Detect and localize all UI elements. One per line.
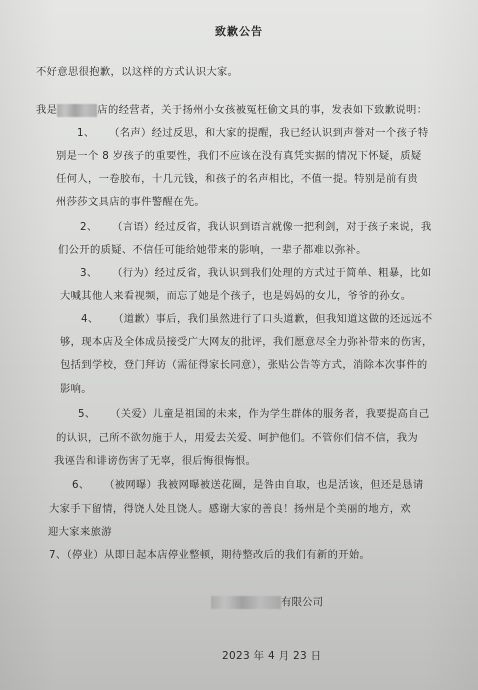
item-1-first-line: 1、 （名声）经过反思，和大家的提醒，我已经认识到声誉对一个孩子特 [77,124,428,139]
item-number: 5、 [78,408,96,420]
item-label: （道歉） [113,313,156,325]
item-3-first-line: 3、 （行为）经过反省，我认识到我们处理的方式过于简单、粗暴，比如 [80,264,431,279]
item-6-first-line: 6、 （被网曝）我被网曝被送花圈，是咎由自取，也是活该，但还是恳请 [72,476,423,491]
item-4-line: 包括到学校，登门拜访（需征得家长同意），张贴公告等方式，消除本次事件的 [60,356,428,371]
item-5-first-line: 5、 （关爱）儿童是祖国的未来，作为学生群体的服务者，我要提高自己 [78,405,429,420]
document-date: 2023 年 4 月 23 日 [222,648,321,663]
item-number: 6、 [72,479,90,491]
apology-notice-document: 致歉公告 不好意思很抱歉，以这样的方式认识大家。 我是店的经营者，关于扬州小女孩… [0,0,478,690]
item-7-line: 7、（停业）从即日起本店停业整顿，期待整改后的我们有新的开始。 [49,546,370,561]
redacted-company-name [211,596,281,609]
item-1-line: 任何人，一卷胶布，十几元钱，和孩子的名声相比，不值一提。特别是前有贵 [56,170,418,185]
item-4-first-line: 4、 （道歉）事后，我们虽然进行了口头道歉，但我知道这做的还远远不 [81,310,432,325]
item-number: 3、 [80,267,98,279]
item-label: （停业） [67,549,104,561]
item-label: （关爱） [110,408,153,420]
item-5-line: 我诬告和诽谤伤害了无辜，很后悔很悔恨。 [54,452,256,467]
item-number: 4、 [81,313,99,325]
item-4-line: 够，现本店及全体成员接受广大网友的批评，我们愿意尽全力弥补带来的伤害， [60,333,433,348]
item-6-line: 大家手下留情，得饶人处且饶人。感谢大家的善良！扬州是个美丽的地方，欢 [49,500,411,515]
item-5-line: 的认识，己所不欲勿施于人，用爱去关爱、呵护他们。不管你们信不信，我为 [56,429,418,444]
company-signature: 有限公司 [211,594,323,609]
item-label: （被网曝） [104,479,157,491]
statement-prefix: 我是 [36,104,57,116]
item-2-line: 们公开的质疑、不信任可能给她带来的影响，一辈子都难以弥补。 [58,241,367,256]
item-1-line: 州莎莎文具店的事件警醒在先。 [56,193,205,208]
item-1-line: 别是一个 8 岁孩子的重要性，我们不应该在没有真凭实据的情况下怀疑，质疑 [56,147,422,162]
item-label: （言语） [112,221,155,233]
signature-suffix: 有限公司 [281,596,323,608]
item-6-line: 迎大家来旅游 [48,523,112,538]
item-2-first-line: 2、 （言语）经过反省，我认识到语言就像一把利剑，对于孩子来说，我 [80,218,431,233]
item-number: 2、 [80,221,98,233]
intro-line: 不好意思很抱歉，以这样的方式认识大家。 [36,63,238,78]
document-title: 致歉公告 [0,23,478,39]
redacted-shop-name [57,104,97,117]
statement-suffix: 店的经营者，关于扬州小女孩被冤枉偷文具的事，发表如下致歉说明： [97,104,427,116]
item-label: （名声） [109,127,152,139]
statement-line: 我是店的经营者，关于扬州小女孩被冤枉偷文具的事，发表如下致歉说明： [36,101,427,117]
item-3-line: 大喊其他人来看视频，而忘了她是个孩子，也是妈妈的女儿，爷爷的孙女。 [60,287,411,302]
item-4-line: 影响。 [60,380,92,395]
item-number: 1、 [77,127,95,139]
item-label: （行为） [112,267,155,279]
item-number: 7、 [49,549,67,561]
